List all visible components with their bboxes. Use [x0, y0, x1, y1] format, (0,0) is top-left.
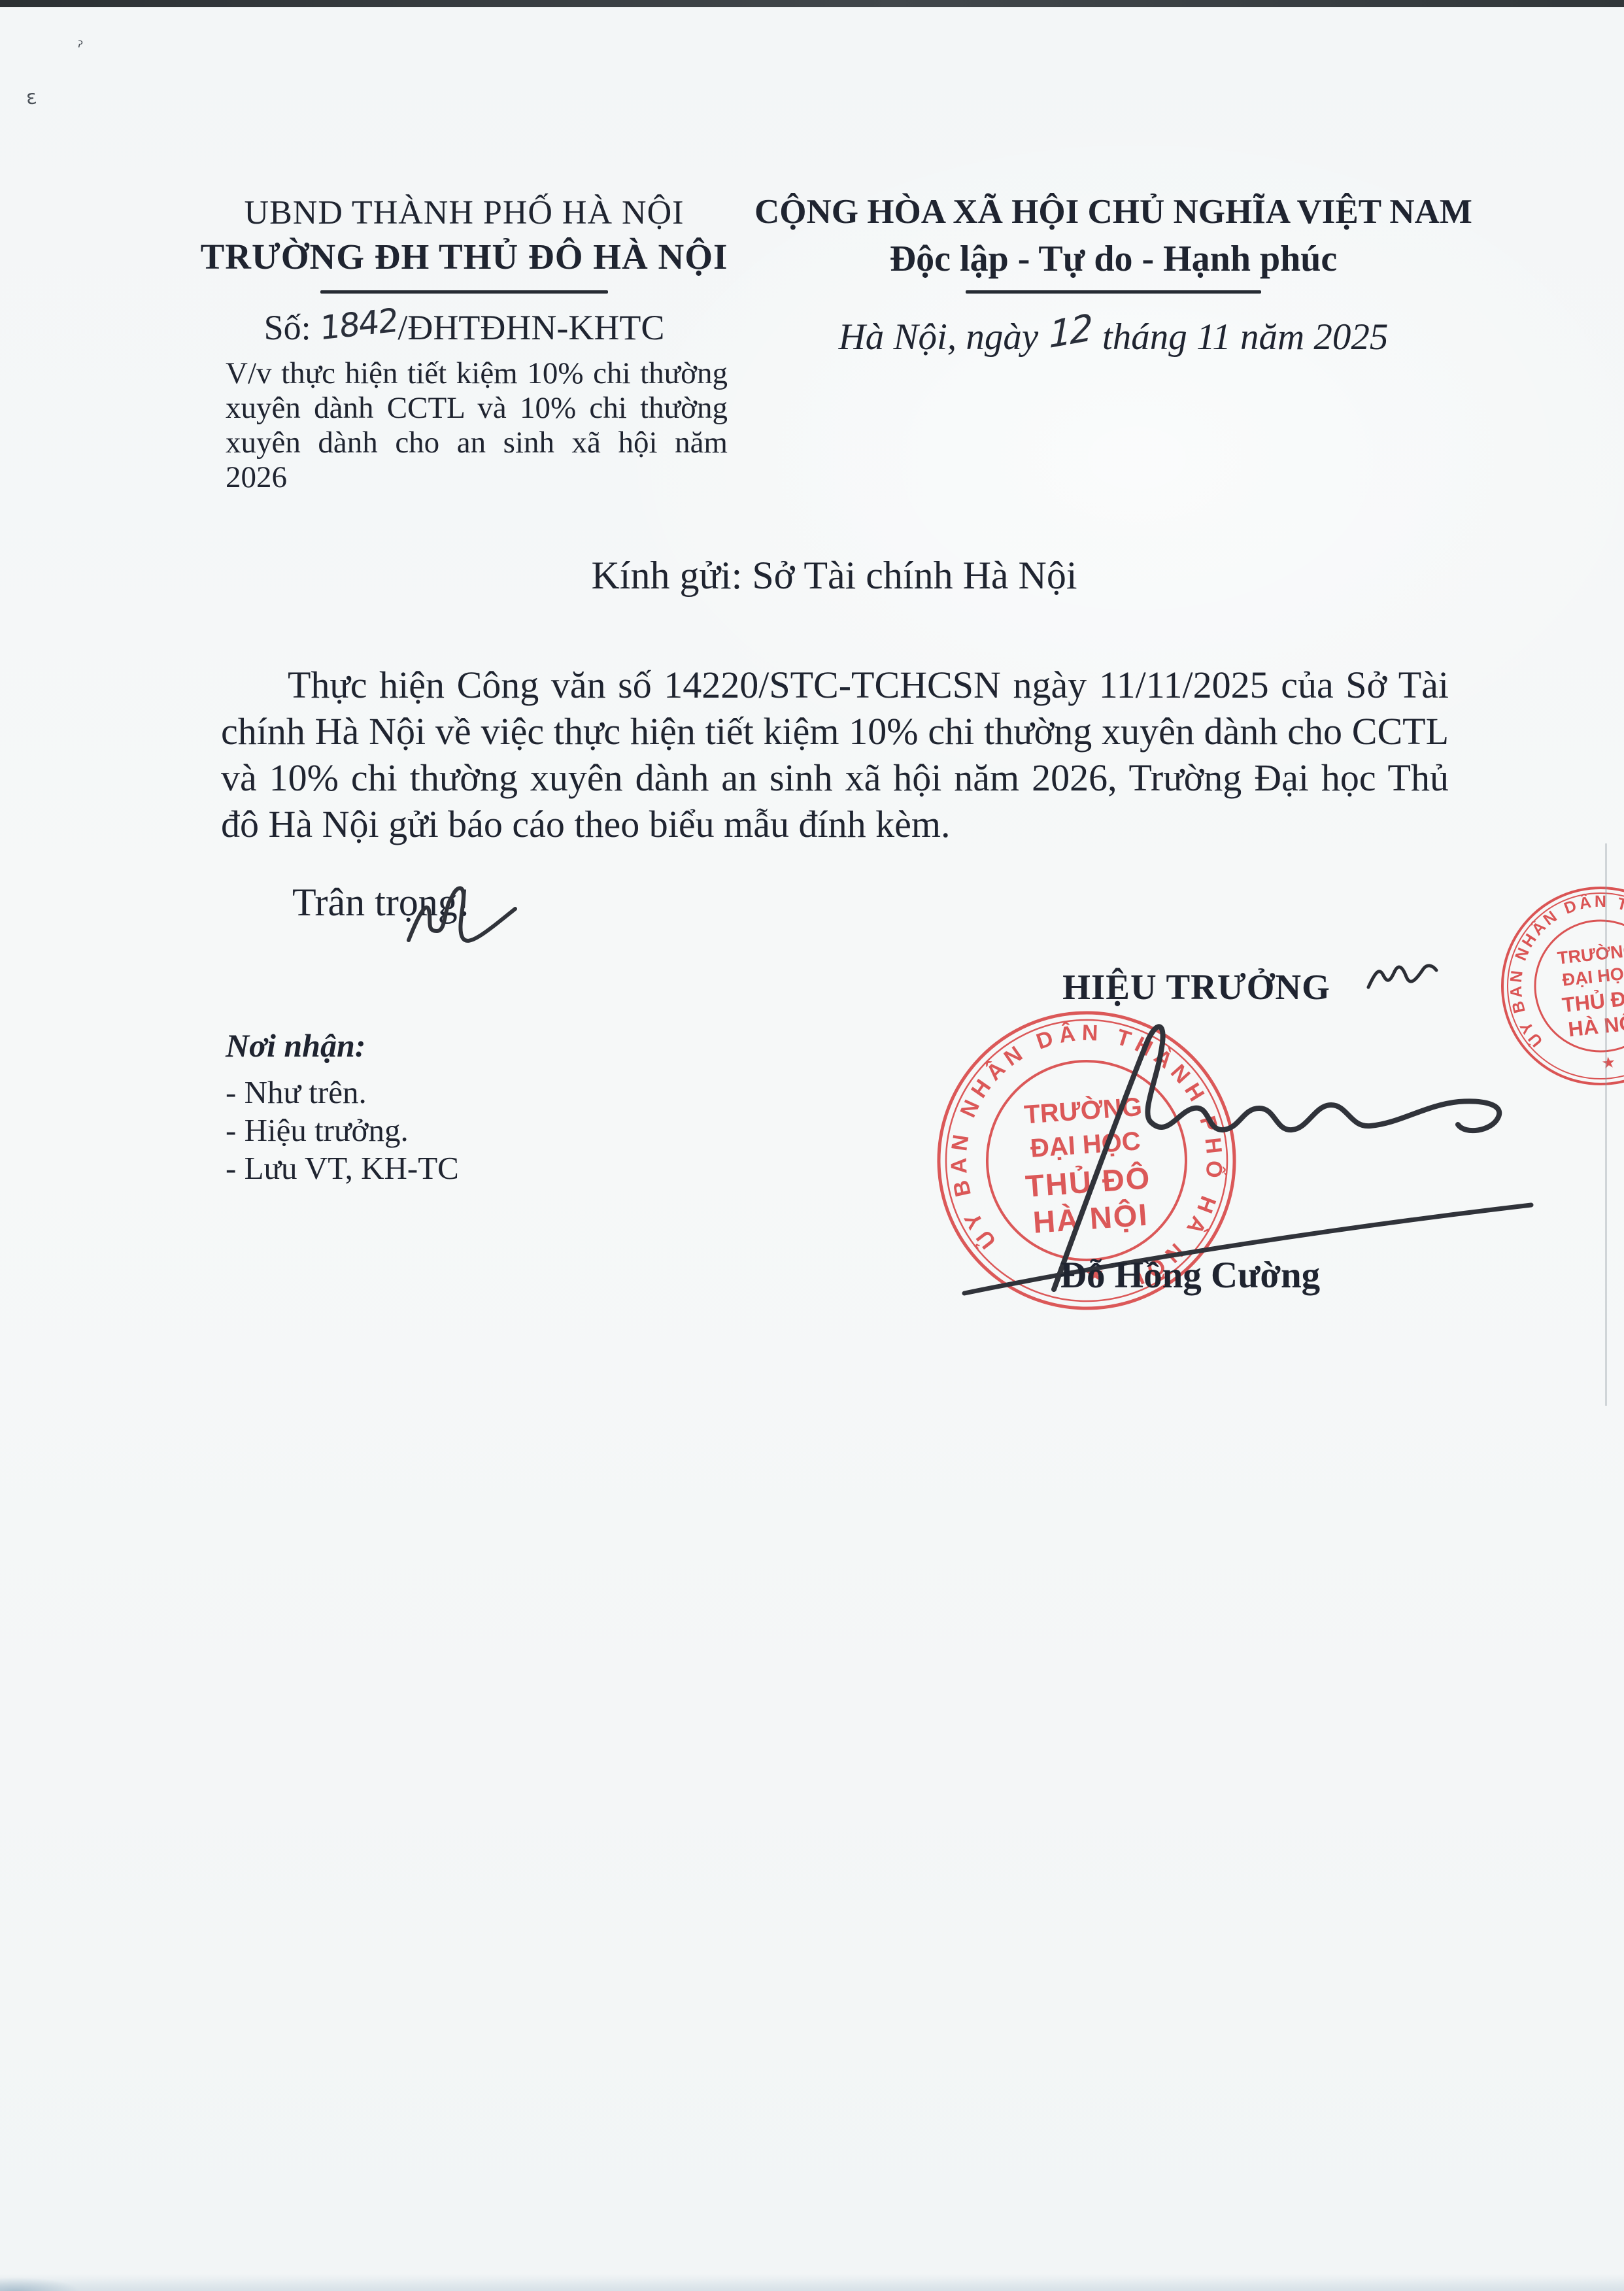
handwritten-initials	[386, 870, 536, 968]
scanned-document-page: ˀ ɛ UBND THÀNH PHỐ HÀ NỘI TRƯỜNG ĐH THỦ …	[0, 0, 1624, 2291]
recipients-label: Nơi nhận:	[226, 1027, 459, 1064]
stamp-star: ★	[1600, 1053, 1616, 1072]
signer-title: HIỆU TRƯỞNG	[1020, 966, 1373, 1008]
body-paragraph: Thực hiện Công văn số 14220/STC-TCHCSN n…	[221, 662, 1449, 847]
date-day-handwritten: 12	[1049, 307, 1091, 357]
signer-name: Đỗ Hồng Cường	[1007, 1254, 1373, 1297]
header-right-block: CỘNG HÒA XÃ HỘI CHỦ NGHĨA VIỆT NAM Độc l…	[731, 192, 1496, 358]
scan-edge-top	[0, 0, 1624, 7]
scan-speck: ˀ	[74, 37, 85, 58]
national-title: CỘNG HÒA XÃ HỘI CHỦ NGHĨA VIỆT NAM	[731, 192, 1496, 231]
place-date-line: Hà Nội, ngày 12 tháng 11 năm 2025	[731, 316, 1496, 358]
stamp-center-line-1: TRƯỜNG	[1557, 940, 1624, 968]
document-number-handwritten: 1842	[319, 301, 398, 348]
handwritten-flourish	[1363, 955, 1448, 1000]
document-number-suffix: /ĐHTĐHN-KHTC	[398, 308, 664, 347]
scan-corner-smudge	[0, 2265, 157, 2291]
document-number-line: Số: 1842/ĐHTĐHN-KHTC	[190, 307, 739, 348]
document-number-prefix: Số:	[264, 308, 320, 347]
document-subject: V/v thực hiện tiết kiệm 10% chi thường x…	[226, 356, 728, 495]
recipient-item: - Lưu VT, KH-TC	[226, 1149, 459, 1187]
scan-edge-bottom	[0, 2274, 1624, 2291]
header-left-rule	[320, 290, 608, 294]
recipients-block: Nơi nhận: - Như trên. - Hiệu trưởng. - L…	[226, 1027, 459, 1187]
recipient-item: - Như trên.	[226, 1074, 459, 1112]
header-left-block: UBND THÀNH PHỐ HÀ NỘI TRƯỜNG ĐH THỦ ĐÔ H…	[190, 194, 739, 294]
salutation-line: Kính gửi: Sở Tài chính Hà Nội	[222, 553, 1446, 598]
scan-speck: ɛ	[25, 86, 38, 110]
issuing-authority-name: TRƯỜNG ĐH THỦ ĐÔ HÀ NỘI	[190, 236, 739, 277]
header-right-rule	[966, 290, 1261, 294]
issuing-authority-parent: UBND THÀNH PHỐ HÀ NỘI	[190, 194, 739, 232]
recipient-item: - Hiệu trưởng.	[226, 1112, 459, 1149]
scan-edge-artifact	[1605, 843, 1607, 1406]
national-motto: Độc lập - Tự do - Hạnh phúc	[731, 238, 1496, 280]
